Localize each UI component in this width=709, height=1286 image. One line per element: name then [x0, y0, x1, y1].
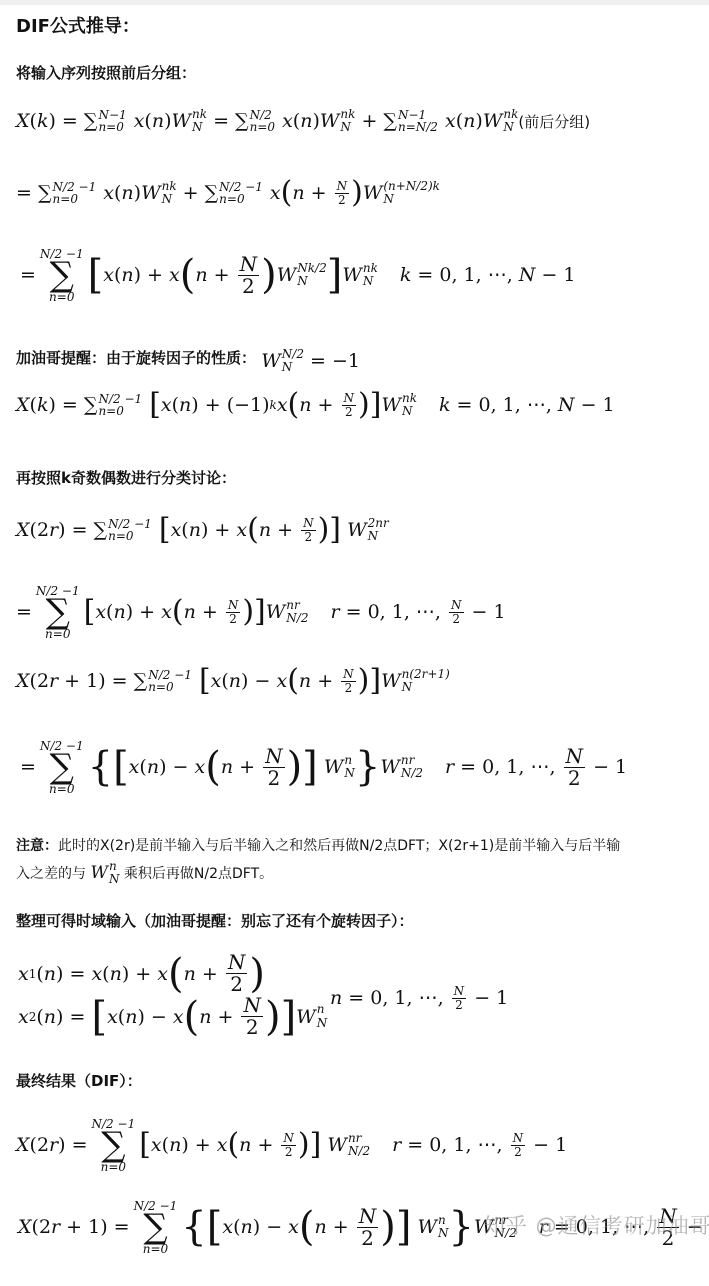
note-text: 此时的X(2r)是前半输入与后半输入之和然后再做N/2点DFT；X(2r+1)是… — [58, 838, 620, 854]
annotation-group: (前后分组) — [518, 111, 590, 132]
formula-combined: =N/2 −1∑n=0[x(n) + x(n + N2)WNk/2N]WnkNk… — [20, 248, 576, 303]
formula-x2r1: X(2r + 1) = ∑N/2 −1n=0 [x(n) − x(n + N2)… — [16, 666, 450, 696]
formula-x1-x2: x1(n) = x(n) + x(n + N2) x2(n) = [x(n) −… — [18, 952, 327, 1038]
note-label: 注意： — [16, 838, 58, 854]
formula-x2r: X(2r) = ∑N/2 −1n=0 [x(n) + x(n + N2)] W2… — [16, 515, 389, 545]
note-text-2b: 乘积后再做N/2点DFT。 — [124, 866, 273, 882]
formula-n-range: n = 0, 1, ⋯, N2 − 1 — [330, 985, 508, 1011]
note-line-1: 注意：此时的X(2r)是前半输入与后半输入之和然后再做N/2点DFT；X(2r+… — [16, 835, 620, 855]
top-bar — [0, 0, 709, 5]
note-line-2: 入之差的与 WnN 乘积后再做N/2点DFT。 — [16, 860, 273, 886]
watermark: 知乎 @通信考研加油哥 — [484, 1210, 709, 1240]
final-heading: 最终结果（DIF）： — [16, 1070, 142, 1091]
odd-even-heading: 再按照k奇数偶数进行分类讨论： — [16, 467, 236, 488]
formula-split-sums: = ∑N/2 −1n=0 x(n)WnkN + ∑N/2 −1n=0 x(n +… — [16, 178, 440, 208]
formula-x2r-half: =N/2 −1∑n=0[x(n) + x(n + N2)]WnrN/2r = 0… — [16, 585, 506, 640]
formula-dft-split: X(k) = ∑N−1n=0 x(n)WnkN = ∑N/2n=0 x(n)Wn… — [16, 108, 590, 134]
group-heading: 将输入序列按照前后分组： — [16, 62, 196, 83]
reminder-formula: WN/2N = −1 — [261, 348, 360, 374]
time-domain-heading: 整理可得时域输入（加油哥提醒：别忘了还有个旋转因子）： — [16, 910, 414, 931]
note-text-2a: 入之差的与 — [16, 866, 86, 882]
page-title: DIF公式推导： — [16, 12, 140, 38]
reminder-heading: 加油哥提醒：由于旋转因子的性质： WN/2N = −1 — [16, 344, 360, 370]
reminder-text: 加油哥提醒：由于旋转因子的性质： — [16, 349, 256, 367]
formula-x2r1-half: =N/2 −1∑n=0{[x(n) − x(n + N2)] WnN}WnrN/… — [20, 740, 627, 795]
formula-xk-parity: X(k) = ∑N/2 −1n=0 [x(n) + (−1)kx(n + N2)… — [16, 390, 615, 420]
formula-final-x2r: X(2r) =N/2 −1∑n=0[x(n) + x(n + N2)] WnrN… — [16, 1118, 567, 1173]
